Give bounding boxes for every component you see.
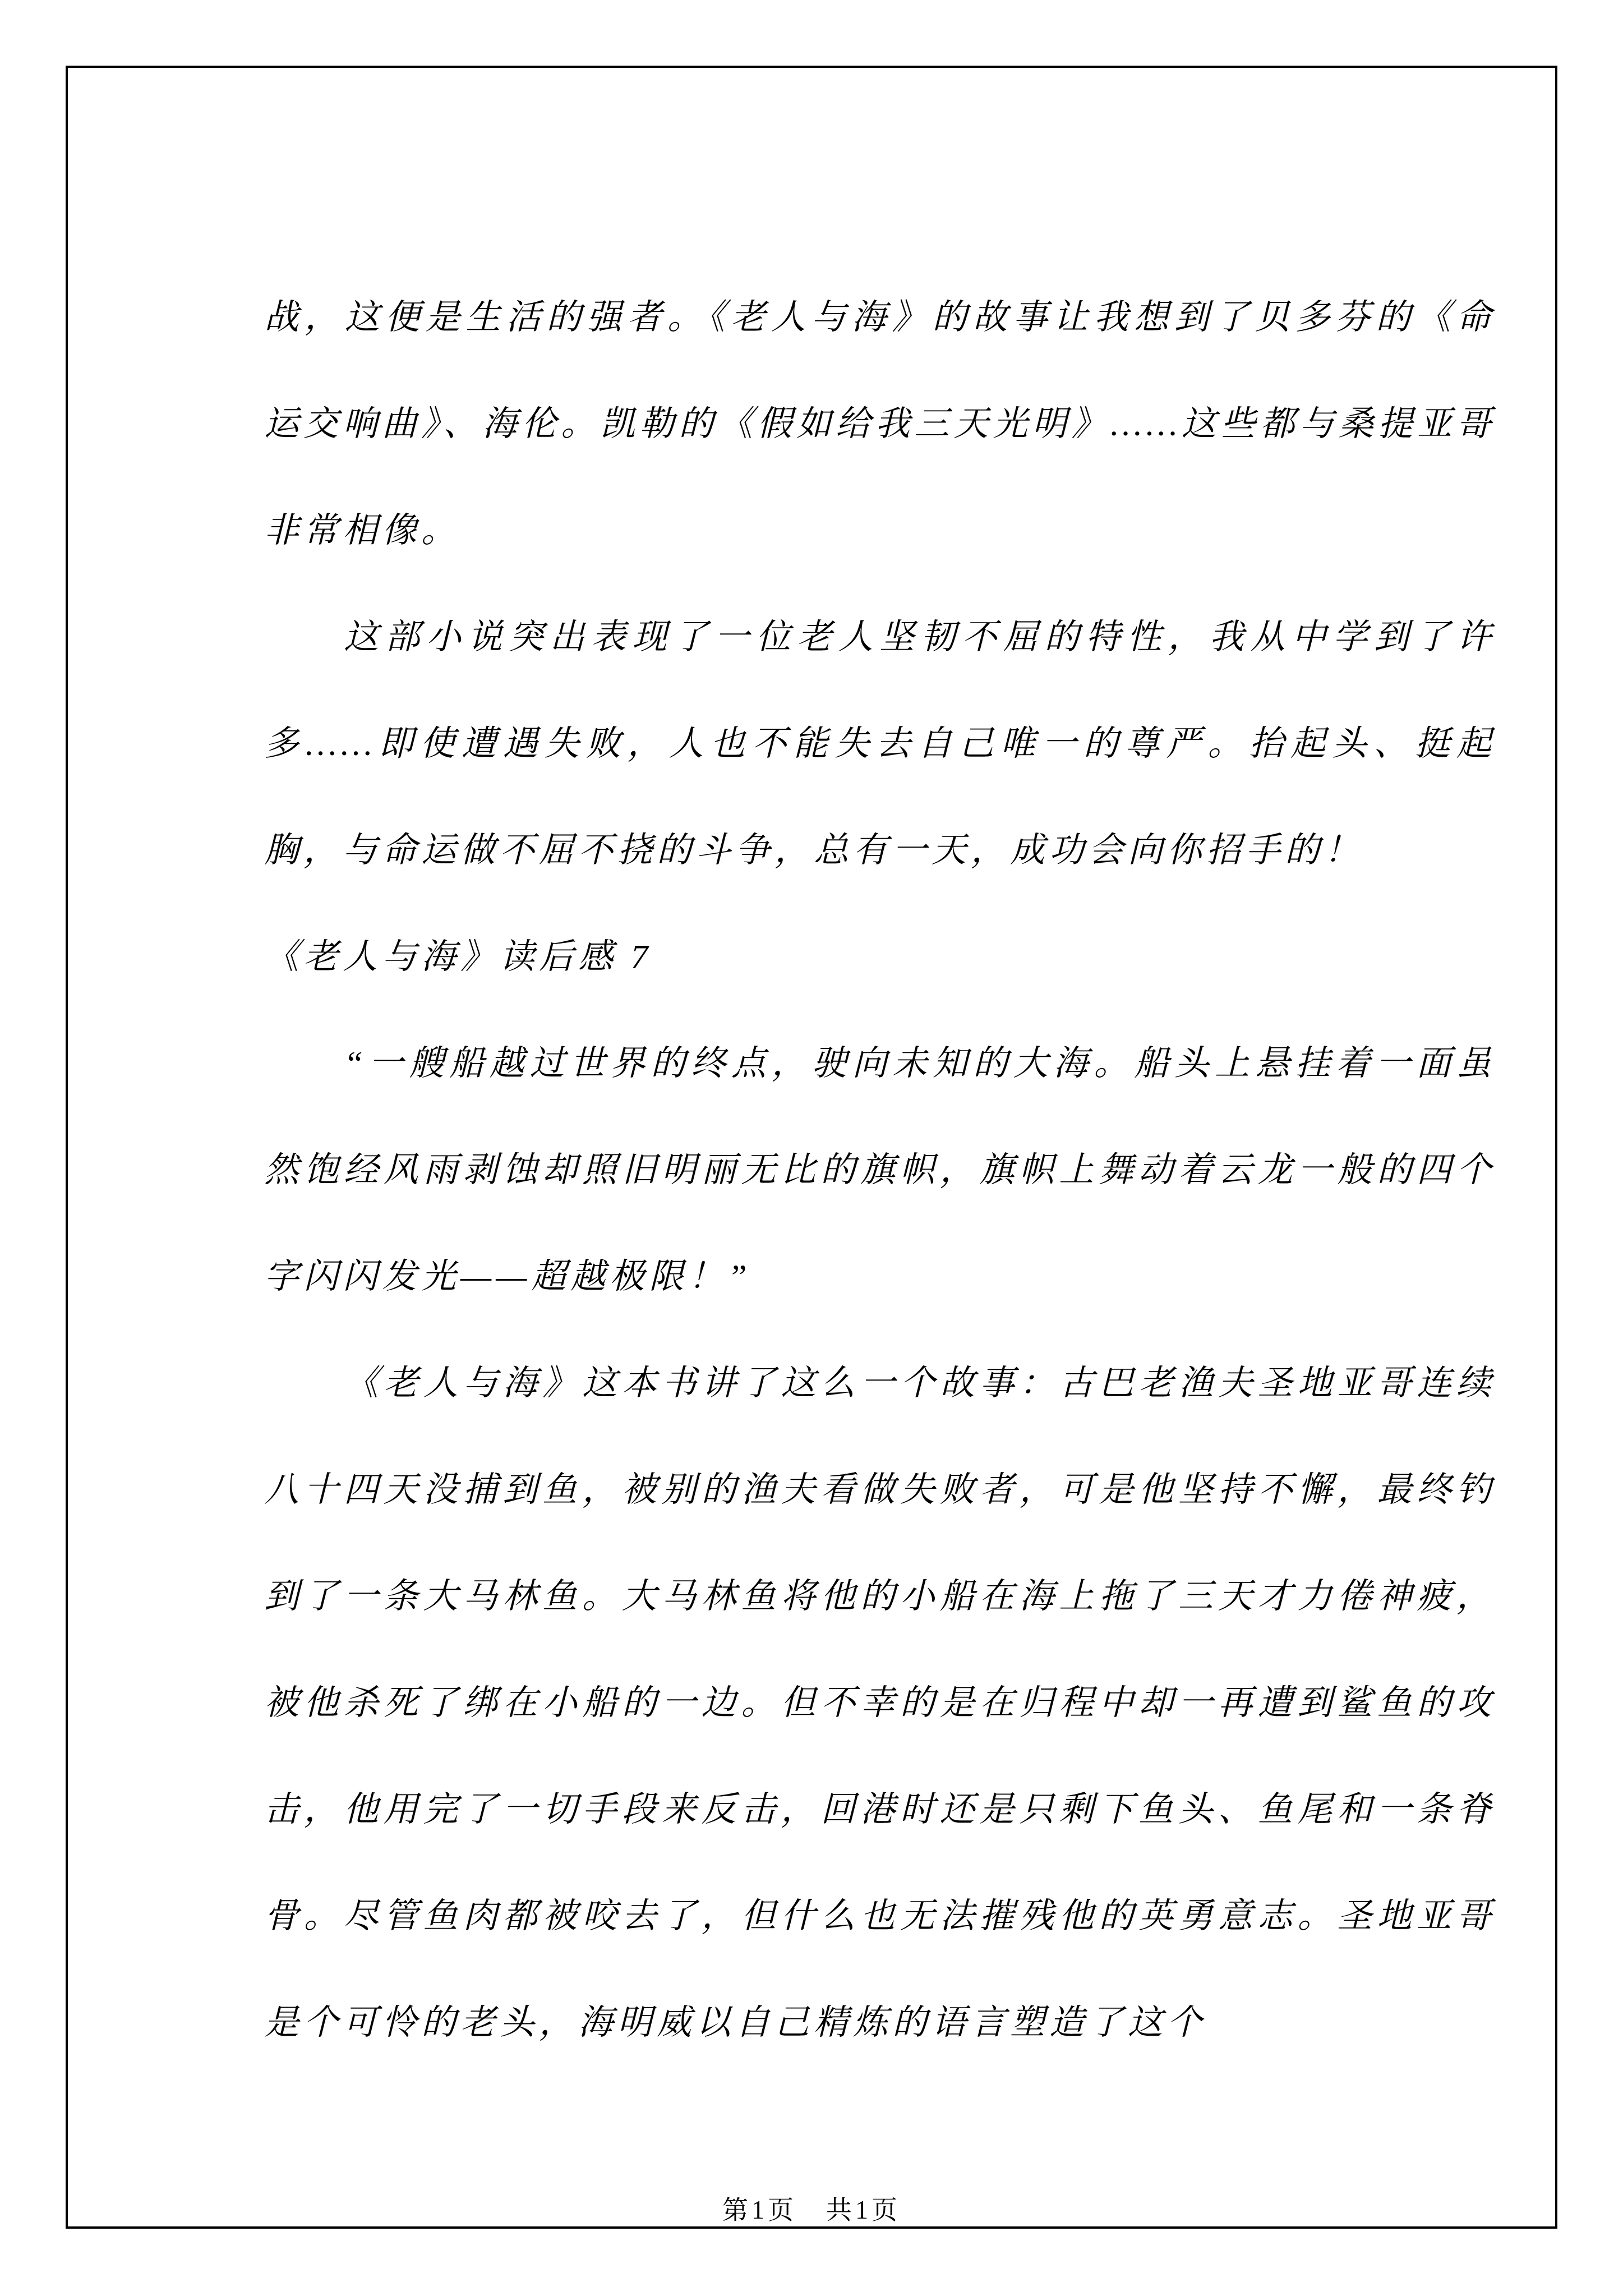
page-footer: 第1页 共1页: [68, 2189, 1555, 2226]
paragraph-4-body-quote: “一艘船越过世界的终点，驶向未知的大海。船头上悬挂着一面虽然饱经风雨剥蚀却照旧明…: [264, 1010, 1496, 1330]
paragraph-2-body: 这部小说突出表现了一位老人坚韧不屈的特性，我从中学到了许多……即使遭遇失败，人也…: [264, 584, 1496, 904]
document-content: 战，这便是生活的强者。《老人与海》的故事让我想到了贝多芬的《命运交响曲》、海伦。…: [264, 264, 1496, 2076]
paragraph-1-body-continuation: 战，这便是生活的强者。《老人与海》的故事让我想到了贝多芬的《命运交响曲》、海伦。…: [264, 264, 1496, 584]
paragraph-5-body: 《老人与海》这本书讲了这么一个故事：古巴老渔夫圣地亚哥连续八十四天没捕到鱼，被别…: [264, 1330, 1496, 2076]
paragraph-3-section-heading: 《老人与海》读后感 7: [264, 904, 1496, 1010]
document-page: { "document": { "language": "zh-CN", "co…: [0, 0, 1623, 2296]
page-number-text: 第1页 共1页: [722, 2196, 901, 2224]
page-border-frame: 战，这便是生活的强者。《老人与海》的故事让我想到了贝多芬的《命运交响曲》、海伦。…: [66, 66, 1557, 2229]
